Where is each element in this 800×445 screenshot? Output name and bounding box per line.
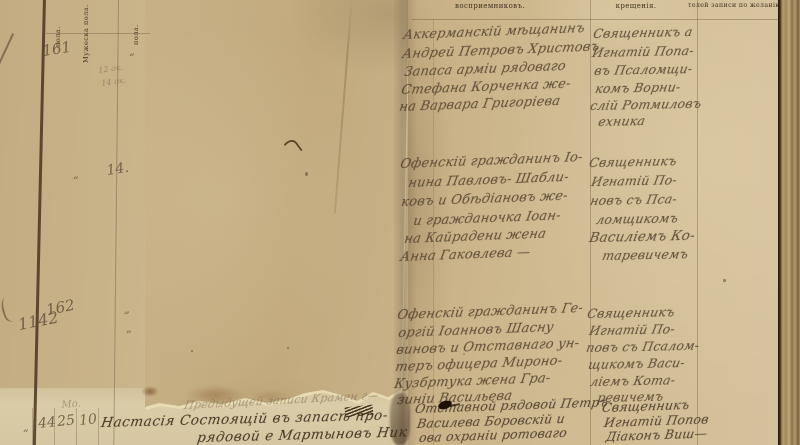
book-gutter-shadow xyxy=(393,0,417,445)
entry-3-clergy-line-2: Игнатій По- xyxy=(588,321,676,338)
ditto-mark: „ xyxy=(23,421,29,434)
ink-squiggle xyxy=(282,137,306,154)
entry-1-clergy-line-4: комъ Ворни- xyxy=(594,79,682,96)
entry-2-clergy-line-6: таревичемъ xyxy=(601,246,690,263)
bottom-day-2: 10 xyxy=(78,411,97,429)
entry-1-clergy-line-3: въ Псаломщи- xyxy=(593,61,694,78)
entry-2-clergy-line-4: ломщикомъ xyxy=(595,210,680,227)
entry-2-number: 14. xyxy=(105,160,129,179)
tear-stain xyxy=(186,385,244,405)
entry-1-clergy-line-2: Игнатій Попа- xyxy=(591,43,695,60)
paper-speck xyxy=(723,279,726,282)
right-header-underline xyxy=(412,19,780,20)
column-rule xyxy=(697,0,698,445)
entry-1-clergy-line-5: слій Ротмиловъ xyxy=(589,96,703,113)
entry-3-clergy-line-5: ліемъ Кота- xyxy=(589,372,677,389)
column-tick xyxy=(76,408,77,445)
ditto-mark: „ xyxy=(124,303,130,316)
ditto-mark: „ xyxy=(73,168,79,181)
register-book-scan: восприемниковъ. крещенія. телей записи п… xyxy=(0,0,800,445)
entry-3-clergy-line-1: Священникъ xyxy=(586,304,676,321)
entry-1-clergy-line-6: ехника xyxy=(597,113,647,129)
entry-3-clergy-line-4: щикомъ Васи- xyxy=(587,355,686,372)
header-baptism: крещенія. xyxy=(603,2,669,10)
header-vertical-2: Мужеска пола. xyxy=(82,3,91,63)
gutter-tear-stain xyxy=(390,393,410,445)
month-note: Мо. xyxy=(61,398,81,411)
bottom-day-1: 25 xyxy=(56,412,75,430)
tear-stain-faint xyxy=(250,390,290,402)
column-tick xyxy=(98,408,99,445)
bottom-count: 44 xyxy=(37,414,56,432)
header-vertical-3: пола. xyxy=(132,15,141,45)
entry-1-clergy-line-1: Священникъ а xyxy=(592,24,694,41)
ink-dot xyxy=(305,172,308,176)
paper-speck xyxy=(287,347,289,349)
ditto-mark: „ xyxy=(126,322,132,335)
left-page xyxy=(145,0,409,445)
page-crease xyxy=(334,0,353,213)
entry-2-clergy-line-5: Василіемъ Ко- xyxy=(588,228,696,246)
entry-2-clergy-line-3: новъ съ Пса- xyxy=(589,191,678,208)
entry-2-clergy-line-1: Священникъ xyxy=(588,153,678,170)
paper-speck xyxy=(463,353,465,355)
column-tick xyxy=(32,408,33,445)
entry-2-clergy-line-2: Игнатій По- xyxy=(590,172,678,189)
ditto-mark: „ xyxy=(129,45,135,58)
page-edge-binding xyxy=(778,0,800,445)
header-signature: телей записи по желанію xyxy=(688,2,780,9)
entry-3-clergy-line-3: повъ съ Псалом- xyxy=(585,338,701,355)
header-godparents: восприемниковъ. xyxy=(440,2,540,10)
paper-speck xyxy=(191,350,193,352)
tear-stain-small xyxy=(141,386,159,397)
